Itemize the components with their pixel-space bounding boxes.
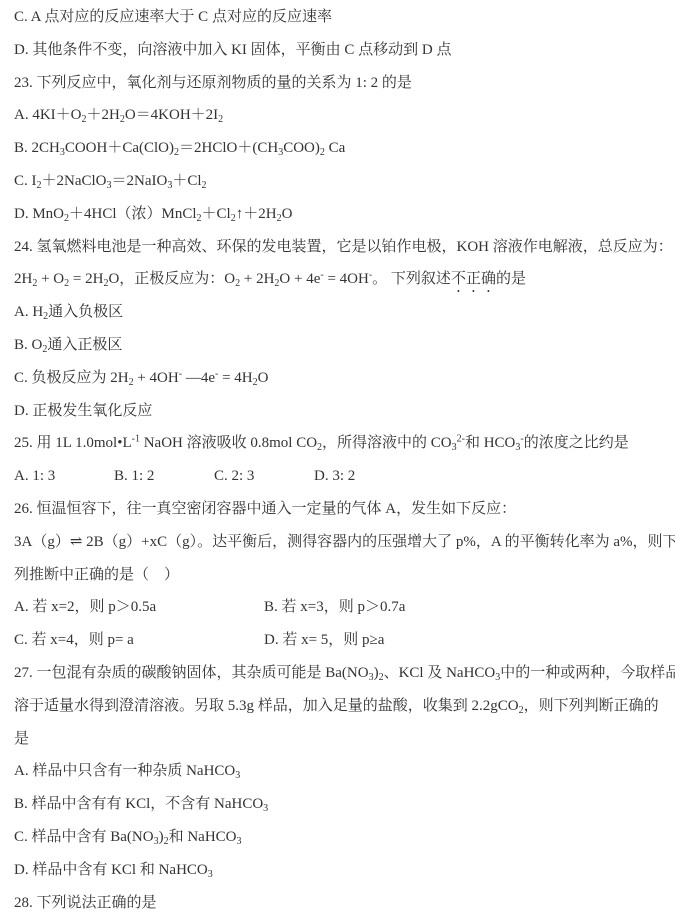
question-27-option-b: B. 样品中含有有 KCl，不含有 NaHCO3	[14, 788, 675, 821]
question-23-option-b: B. 2CH3COOH＋Ca(ClO)2＝2HClO＋(CH3COO)2 Ca	[14, 132, 675, 165]
exam-document-page: C. A 点对应的反应速率大于 C 点对应的反应速率D. 其他条件不变，向溶液中…	[0, 0, 685, 919]
question-25-options-row: A. 1: 3B. 1: 2C. 2: 3D. 3: 2	[14, 460, 675, 493]
question-24-option-a: A. H2通入负极区	[14, 296, 675, 329]
question-26-options-row-1-col-2: B. 若 x=3，则 p＞0.7a	[264, 591, 405, 624]
question-25-options-row-col-1: A. 1: 3	[14, 460, 114, 493]
question-26-options-row-1-col-1: A. 若 x=2，则 p＞0.5a	[14, 591, 264, 624]
question-23-option-a: A. 4KI＋O2＋2H2O＝4KOH＋2I2	[14, 99, 675, 132]
question-24-stem-line-1: 24. 氢氧燃料电池是一种高效、环保的发电装置，它是以铂作电极，KOH 溶液作电…	[14, 231, 675, 264]
question-25-options-row-col-2: B. 1: 2	[114, 460, 214, 493]
question-22-option-c: C. A 点对应的反应速率大于 C 点对应的反应速率	[14, 1, 675, 34]
question-25-options-row-col-3: C. 2: 3	[214, 460, 314, 493]
question-28-stem: 28. 下列说法正确的是	[14, 887, 675, 919]
question-26-stem-line-1: 26. 恒温恒容下，往一真空密闭容器中通入一定量的气体 A，发生如下反应：	[14, 493, 675, 526]
question-27-option-c: C. 样品中含有 Ba(NO3)2和 NaHCO3	[14, 821, 675, 854]
question-24-stem-line-2: 2H2 + O2 = 2H2O，正极反应为：O2 + 2H2O + 4e- = …	[14, 263, 675, 296]
question-26-options-row-1: A. 若 x=2，则 p＞0.5aB. 若 x=3，则 p＞0.7a	[14, 591, 675, 624]
question-24-option-b: B. O2通入正极区	[14, 329, 675, 362]
question-23-option-c: C. I2＋2NaClO3＝2NaIO3＋Cl2	[14, 165, 675, 198]
question-24-option-c: C. 负极反应为 2H2 + 4OH- —4e- = 4H2O	[14, 362, 675, 395]
question-26-options-row-2-col-1: C. 若 x=4，则 p= a	[14, 624, 264, 657]
document-body: C. A 点对应的反应速率大于 C 点对应的反应速率D. 其他条件不变，向溶液中…	[14, 1, 675, 919]
question-23-stem: 23. 下列反应中，氧化剂与还原剂物质的量的关系为 1: 2 的是	[14, 67, 675, 100]
question-24-option-d: D. 正极发生氧化反应	[14, 395, 675, 428]
question-26-stem-line-3: 列推断中正确的是（ ）	[14, 559, 675, 592]
question-26-options-row-2-col-2: D. 若 x= 5，则 p≥a	[264, 624, 384, 657]
question-23-option-d: D. MnO2＋4HCl（浓）MnCl2＋Cl2↑＋2H2O	[14, 198, 675, 231]
question-26-options-row-2: C. 若 x=4，则 p= aD. 若 x= 5，则 p≥a	[14, 624, 675, 657]
question-25-stem: 25. 用 1L 1.0mol•L-1 NaOH 溶液吸收 0.8mol CO2…	[14, 427, 675, 460]
question-22-option-d: D. 其他条件不变，向溶液中加入 KI 固体，平衡由 C 点移动到 D 点	[14, 34, 675, 67]
question-27-stem-line-1: 27. 一包混有杂质的碳酸钠固体，其杂质可能是 Ba(NO3)2、KCl 及 N…	[14, 657, 675, 690]
question-27-stem-line-2: 溶于适量水得到澄清溶液。另取 5.3g 样品，加入足量的盐酸，收集到 2.2gC…	[14, 690, 675, 723]
question-26-stem-line-2: 3A（g）⇌ 2B（g）+xC（g）。达平衡后，测得容器内的压强增大了 p%，A…	[14, 526, 675, 559]
question-25-options-row-col-4: D. 3: 2	[314, 460, 355, 493]
question-27-option-d: D. 样品中含有 KCl 和 NaHCO3	[14, 854, 675, 887]
question-27-option-a: A. 样品中只含有一种杂质 NaHCO3	[14, 755, 675, 788]
question-27-stem-line-3: 是	[14, 723, 675, 756]
